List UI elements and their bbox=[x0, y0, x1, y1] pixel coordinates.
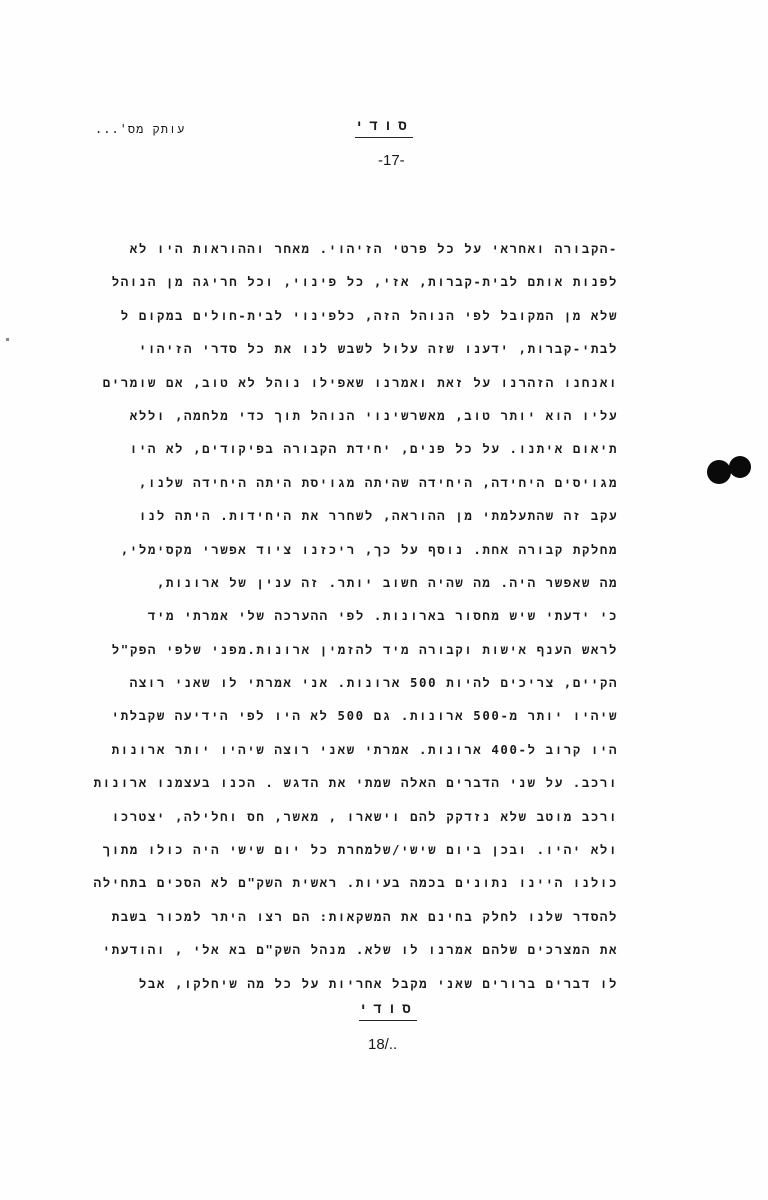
text-line: עקב זה שהתעלמתי מן ההוראה, לשחרר את היחי… bbox=[150, 499, 618, 532]
page-number: -17- bbox=[378, 152, 405, 169]
text-line: את המצרכים שלהם אמרנו לו שלא. מנהל השק"ם… bbox=[150, 933, 618, 966]
classification-header: סודי bbox=[355, 118, 413, 138]
text-line: שלא מן המקובל לפי הנוהל הזה, כלפינוי לבי… bbox=[150, 299, 618, 332]
text-line: לפנות אותם לבית-קברות, אזי, כל פינוי, וכ… bbox=[150, 265, 618, 298]
text-line: תיאום איתנו. על כל פנים, יחידת הקבורה בפ… bbox=[150, 432, 618, 465]
text-line: מה שאפשר היה. מה שהיה חשוב יותר. זה ענין… bbox=[150, 566, 618, 599]
text-line: שיהיו יותר מ-500 ארונות. גם 500 לא היו ל… bbox=[150, 699, 618, 732]
scan-speck bbox=[6, 338, 9, 341]
text-line: לבתי-קברות, ידענו שזה עלול לשבש לנו את כ… bbox=[150, 332, 618, 365]
next-page-marker: 18/.. bbox=[368, 1036, 397, 1053]
punch-hole-mark bbox=[729, 456, 751, 478]
text-line: מגויסים היחידה, היחידה שהיתה מגויסת היתה… bbox=[150, 466, 618, 499]
text-line: ולא יהיו. ובכן ביום שישי/שלמחרת כל יום ש… bbox=[150, 833, 618, 866]
text-line: כולנו היינו נתונים בכמה בעיות. ראשית השק… bbox=[150, 866, 618, 899]
body-text: -הקבורה ואחראי על כל פרטי הזיהוי. מאחר ו… bbox=[150, 232, 618, 1000]
text-line: -הקבורה ואחראי על כל פרטי הזיהוי. מאחר ו… bbox=[150, 232, 618, 265]
text-line: לראש הענף אישות וקבורה מיד להזמין ארונות… bbox=[150, 633, 618, 666]
text-line: הקיים, צריכים להיות 500 ארונות. אני אמרת… bbox=[150, 666, 618, 699]
text-line: לו דברים ברורים שאני מקבל אחריות על כל מ… bbox=[150, 967, 618, 1000]
copy-number-note: עותק מס'... bbox=[95, 122, 185, 137]
punch-hole-mark bbox=[707, 460, 731, 484]
text-line: ורכב מוטב שלא נזדקק להם וישארו , מאשר, ח… bbox=[150, 800, 618, 833]
text-line: מחלקת קבורה אחת. נוסף על כך, ריכזנו ציוד… bbox=[150, 533, 618, 566]
document-page: סודי עותק מס'... -17- -הקבורה ואחראי על … bbox=[0, 0, 768, 1200]
classification-footer: סודי bbox=[359, 1001, 417, 1021]
text-line: כי ידעתי שיש מחסור בארונות. לפי ההערכה ש… bbox=[150, 599, 618, 632]
text-line: ורכב. על שני הדברים האלה שמתי את הדגש . … bbox=[150, 766, 618, 799]
text-line: עליו הוא יותר טוב, מאשרשינוי הנוהל תוך כ… bbox=[150, 399, 618, 432]
text-line: היו קרוב ל-400 ארונות. אמרתי שאני רוצה ש… bbox=[150, 733, 618, 766]
text-line: להסדר שלנו לחלק בחינם את המשקאות: הם רצו… bbox=[150, 900, 618, 933]
text-line: ואנחנו הזהרנו על זאת ואמרנו שאפילו נוהל … bbox=[150, 366, 618, 399]
